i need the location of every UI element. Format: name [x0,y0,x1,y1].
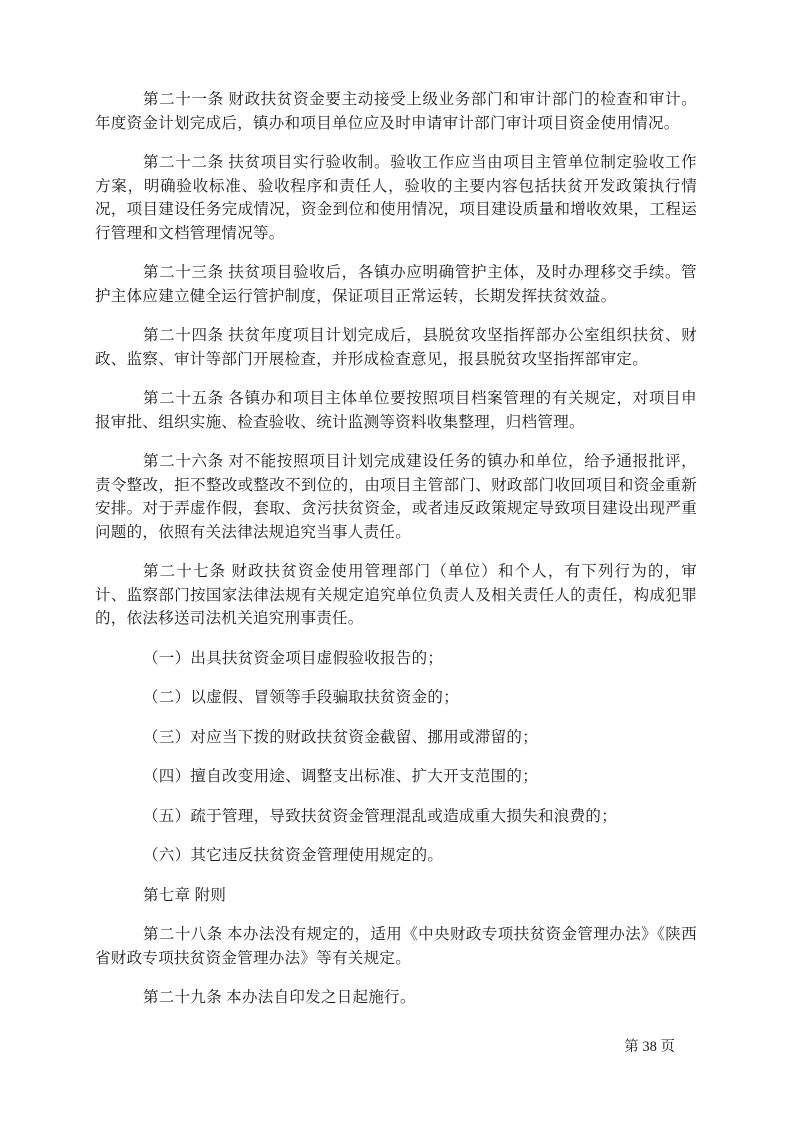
document-page: 第二十一条 财政扶贫资金要主动接受上级业务部门和审计部门的检查和审计。年度资金计… [0,0,793,1122]
list-item: （四）擅自改变用途、调整支出标准、扩大开支范围的； [95,765,697,789]
list-item: （三）对应当下拨的财政扶贫资金截留、挪用或滞留的； [95,726,697,750]
document-body: 第二十一条 财政扶贫资金要主动接受上级业务部门和审计部门的检查和审计。年度资金计… [95,88,697,1026]
article-paragraph: 第二十一条 财政扶贫资金要主动接受上级业务部门和审计部门的检查和审计。年度资金计… [95,88,697,135]
article-paragraph: 第二十七条 财政扶贫资金使用管理部门（单位）和个人，有下列行为的，审计、监察部门… [95,560,697,631]
article-paragraph: 第二十六条 对不能按照项目计划完成建设任务的镇办和单位，给予通报批评，责令整改，… [95,450,697,544]
article-paragraph: 第二十五条 各镇办和项目主体单位要按照项目档案管理的有关规定，对项目申报审批、组… [95,387,697,434]
article-paragraph: 第二十九条 本办法自印发之日起施行。 [95,986,697,1010]
chapter-heading: 第七章 附则 [95,884,697,908]
list-item: （二）以虚假、冒领等手段骗取扶贫资金的； [95,686,697,710]
article-paragraph: 第二十四条 扶贫年度项目计划完成后，县脱贫攻坚指挥部办公室组织扶贫、财政、监察、… [95,324,697,371]
page-footer: 第 38 页 [624,1038,675,1056]
list-item: （六）其它违反扶贫资金管理使用规定的。 [95,844,697,868]
article-paragraph: 第二十三条 扶贫项目验收后，各镇办应明确管护主体，及时办理移交手续。管护主体应建… [95,261,697,308]
page-number-label: 第 38 页 [624,1039,675,1055]
article-paragraph: 第二十八条 本办法没有规定的，适用《中央财政专项扶贫资金管理办法》《陕西省财政专… [95,923,697,970]
list-item: （五）疏于管理，导致扶贫资金管理混乱或造成重大损失和浪费的； [95,805,697,829]
list-item: （一）出具扶贫资金项目虚假验收报告的； [95,647,697,671]
article-paragraph: 第二十二条 扶贫项目实行验收制。验收工作应当由项目主管单位制定验收工作方案，明确… [95,151,697,245]
